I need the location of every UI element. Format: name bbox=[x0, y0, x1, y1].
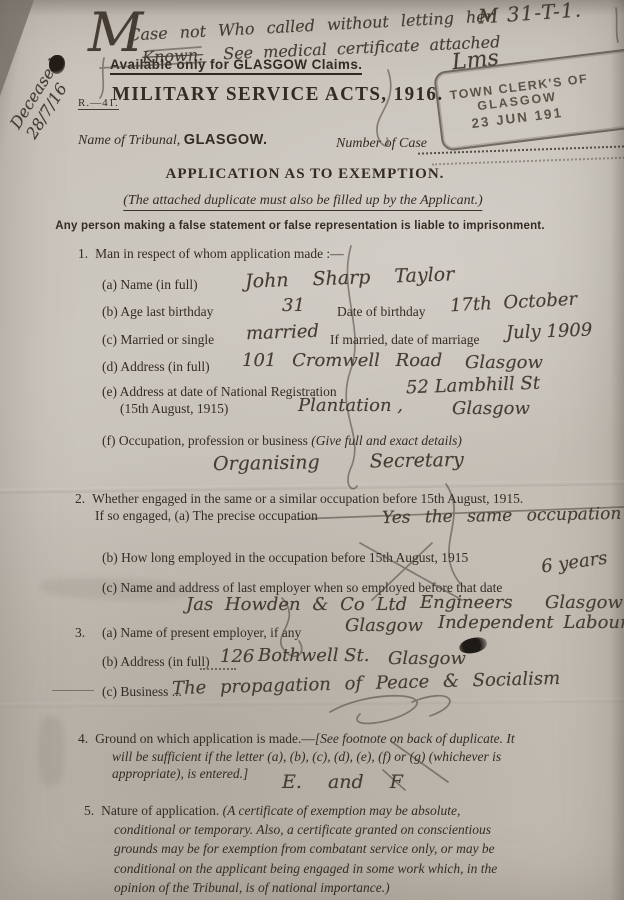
tribunal-line: Name of Tribunal, GLASGOW. bbox=[78, 132, 268, 149]
q1e-label-line2: (15th August, 1915) bbox=[120, 401, 228, 417]
q1a-label-text: (a) Name (in full) bbox=[102, 277, 198, 292]
handwritten-natreg-street: 52 Lambhill St bbox=[406, 373, 541, 399]
q1c-label: (c) Married or single bbox=[102, 332, 214, 348]
handwritten-last-employer-city: Glasgow bbox=[545, 592, 623, 613]
q2b-label: (b) How long employed in the occupation … bbox=[102, 550, 468, 566]
q1b2-label: Date of birthday bbox=[337, 304, 425, 320]
handwritten-married: married bbox=[246, 321, 320, 345]
handwritten-employer-city: Glasgow bbox=[345, 615, 423, 636]
handwritten-age: 31 bbox=[282, 295, 305, 316]
handwritten-business: The propagation of Peace & Socialism bbox=[172, 668, 561, 699]
q3c-label: (c) Business ... bbox=[102, 684, 182, 700]
duplicate-instruction: (The attached duplicate must also be fil… bbox=[123, 193, 482, 211]
handwritten-deceased-note: Deceased 28/7/16 bbox=[6, 56, 80, 142]
handwritten-street-city: Glasgow bbox=[388, 648, 466, 669]
handwritten-birthdate: 17th October bbox=[450, 289, 578, 317]
q1d-label: (d) Address (in full) bbox=[102, 359, 210, 375]
q4-number: 4. bbox=[78, 731, 88, 746]
glasgow-claims-banner: Available only for GLASGOW Claims. bbox=[110, 57, 362, 75]
handwritten-street-number: 126 bbox=[220, 646, 254, 667]
handwritten-occupation: Organising Secretary bbox=[213, 449, 464, 475]
q1b-label: (b) Age last birthday bbox=[102, 304, 213, 320]
q5-number: 5. bbox=[84, 803, 94, 818]
q1-heading: 1.Man in respect of whom application mad… bbox=[78, 246, 344, 262]
q1a-label: (a) Name (in full) bbox=[102, 277, 198, 293]
handwritten-same-occupation: Yes the same occupation bbox=[382, 504, 622, 528]
q3a-label: (a) Name of present employer, if any bbox=[102, 625, 301, 641]
document-scan: Deceased 28/7/16 M Case not Who called w… bbox=[0, 0, 624, 900]
application-heading: APPLICATION AS TO EXEMPTION. bbox=[166, 166, 445, 183]
handwritten-last-employer-trade: Engineers bbox=[420, 592, 513, 613]
tribunal-value: GLASGOW. bbox=[184, 132, 268, 148]
form-title: MILITARY SERVICE ACTS, 1916. bbox=[112, 83, 444, 106]
handwritten-years-employed: 6 years bbox=[540, 547, 609, 577]
imprisonment-warning: Any person making a false statement or f… bbox=[55, 220, 544, 232]
q2-intro2: If so engaged, (a) The precise occupatio… bbox=[95, 508, 318, 524]
handwritten-marriage-date: July 1909 bbox=[506, 320, 593, 344]
q2-number: 2. bbox=[75, 491, 85, 506]
handwritten-ground-letters: E. and F bbox=[282, 771, 403, 793]
tribunal-label: Name of Tribunal, bbox=[78, 133, 180, 148]
q3b-label: (b) Address (in full) bbox=[102, 654, 210, 670]
handwritten-street-name: Bothwell St. bbox=[258, 645, 369, 666]
dotted-leader bbox=[200, 668, 236, 670]
ink-showthrough bbox=[38, 716, 64, 786]
q5-main: Nature of application. bbox=[101, 803, 222, 818]
handwritten-employer-name: Independent Labour Part bbox=[438, 612, 624, 633]
q4-main: Ground on which application is made.— bbox=[95, 731, 315, 746]
handwritten-case-reference: M 31-T-1. bbox=[477, 0, 582, 29]
dotted-leader bbox=[432, 157, 624, 166]
handwritten-address-city: Glasgow bbox=[465, 352, 543, 373]
handwritten-address: 101 Cromwell Road bbox=[242, 350, 442, 371]
case-number-label: Number of Case bbox=[336, 136, 427, 152]
q1f-label-note: (Give full and exact details) bbox=[311, 433, 462, 448]
q1-intro: Man in respect of whom application made … bbox=[95, 246, 344, 261]
q5-text: 5.Nature of application. (A certificate … bbox=[84, 801, 514, 897]
handwritten-name: John Sharp Taylor bbox=[245, 263, 455, 292]
q1f-label: (f) Occupation, profession or business (… bbox=[102, 433, 462, 449]
q2-heading: 2.Whether engaged in the same or a simil… bbox=[75, 491, 523, 507]
q3-number: 3. bbox=[75, 625, 85, 641]
handwritten-natreg-district: Plantation , bbox=[298, 395, 403, 416]
handwritten-natreg-city: Glasgow bbox=[452, 398, 530, 419]
margin-dash bbox=[52, 690, 94, 691]
handwritten-last-employer: Jas Howden & Co Ltd bbox=[186, 594, 407, 615]
q1f-label-text: (f) Occupation, profession or business bbox=[102, 433, 311, 448]
q1-number: 1. bbox=[78, 246, 88, 261]
q2-intro: Whether engaged in the same or a similar… bbox=[92, 491, 523, 506]
q1c2-label: If married, date of marriage bbox=[330, 332, 480, 348]
paper-crease bbox=[0, 697, 624, 708]
